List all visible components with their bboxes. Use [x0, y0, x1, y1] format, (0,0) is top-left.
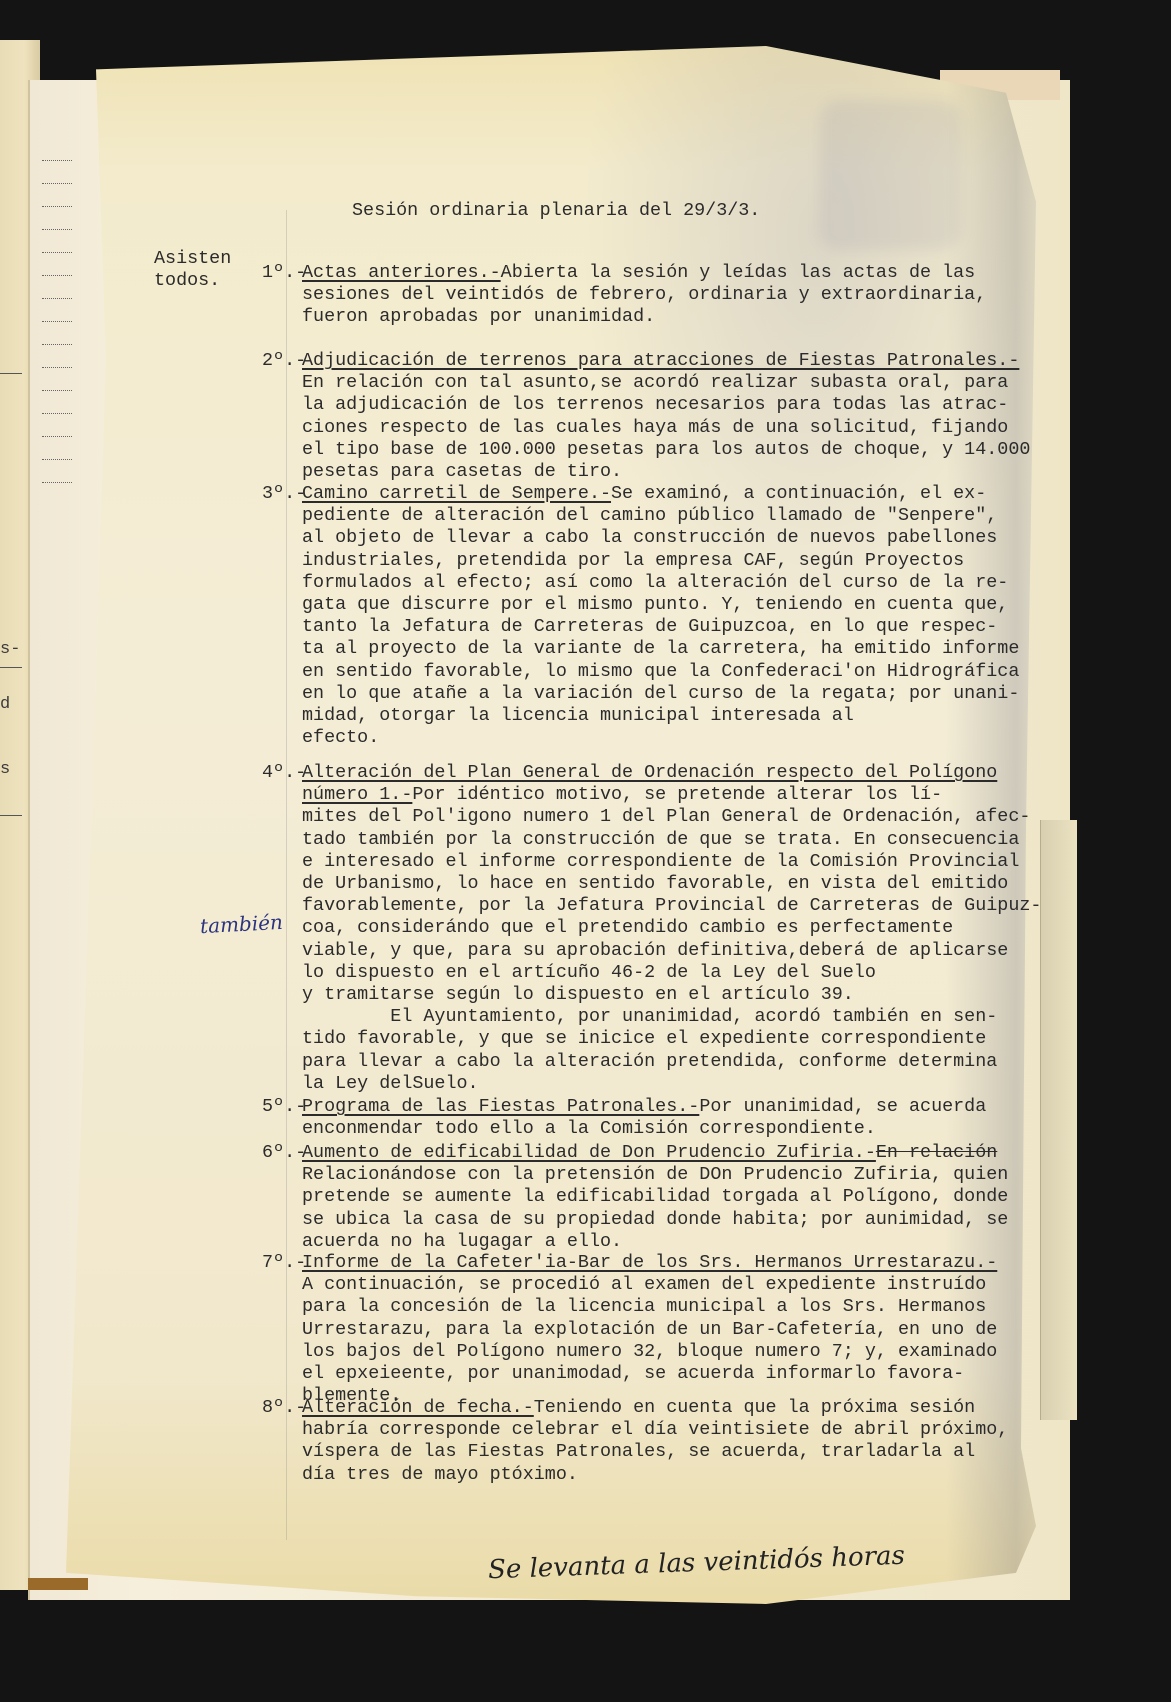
- body-text: Urrestarazu, para la explotación de un B…: [302, 1319, 997, 1340]
- item-line: midad, otorgar la licencia municipal int…: [302, 705, 854, 727]
- item-line: en sentido favorable, lo mismo que la Co…: [302, 661, 1019, 683]
- body-text: acuerda no ha lugagar a ello.: [302, 1231, 622, 1252]
- item-number: 5º.-: [262, 1096, 306, 1118]
- item-heading: número 1.-: [302, 784, 412, 805]
- item-line: Urrestarazu, para la explotación de un B…: [302, 1319, 997, 1341]
- body-text: habría corresponde celebrar el día veint…: [302, 1419, 1008, 1440]
- attendance-line: todos.: [154, 270, 220, 291]
- item-line: tado también por la construcción de que …: [302, 829, 1019, 851]
- body-text: tado también por la construcción de que …: [302, 829, 1019, 850]
- item-line: el tipo base de 100.000 pesetas para los…: [302, 439, 1030, 461]
- item-line: sesiones del veintidós de febrero, ordin…: [302, 284, 986, 306]
- body-text: industriales, pretendida por la empresa …: [302, 550, 964, 571]
- item-line: la Ley delSuelo.: [302, 1073, 479, 1095]
- left-fragment: d: [0, 695, 10, 714]
- item-line: mites del Pol'igono numero 1 del Plan Ge…: [302, 806, 1030, 828]
- item-heading: Adjudicación de terrenos para atraccione…: [302, 350, 1019, 371]
- binder-edge: [28, 1578, 88, 1590]
- attendance-note: Asisten todos.: [154, 248, 231, 292]
- item-line: Relacionándose con la pretensión de DOn …: [302, 1164, 1008, 1186]
- body-text: de Urbanismo, lo hace en sentido favorab…: [302, 873, 1008, 894]
- attendance-line: Asisten: [154, 248, 231, 269]
- body-text: efecto.: [302, 727, 379, 748]
- struck-text: En relación: [876, 1142, 997, 1163]
- body-text: para llevar a cabo la alteración pretend…: [302, 1051, 997, 1072]
- item-line: Alteración de fecha.-Teniendo en cuenta …: [302, 1397, 975, 1419]
- item-line: tanto la Jefatura de Carreteras de Guipu…: [302, 616, 997, 638]
- item-line: industriales, pretendida por la empresa …: [302, 550, 964, 572]
- body-text: viable, y que, para su aprobación defini…: [302, 940, 1008, 961]
- body-text: el tipo base de 100.000 pesetas para los…: [302, 439, 1030, 460]
- body-text: Por idéntico motivo, se pretende alterar…: [412, 784, 942, 805]
- item-line: Programa de las Fiestas Patronales.-Por …: [302, 1096, 986, 1118]
- item-heading: Camino carretil de Sempere.-: [302, 483, 611, 504]
- body-text: en lo que atañe a la variación del curso…: [302, 683, 1019, 704]
- item-line: coa, considerándo que el pretendido camb…: [302, 917, 953, 939]
- body-text: en sentido favorable, lo mismo que la Co…: [302, 661, 1019, 682]
- body-text: enconmendar todo ello a la Comisión corr…: [302, 1118, 876, 1139]
- item-line: viable, y que, para su aprobación defini…: [302, 940, 1008, 962]
- body-text: el epxeieente, por unanimodad, se acuerd…: [302, 1363, 964, 1384]
- item-line: El Ayuntamiento, por unanimidad, acordó …: [302, 1006, 997, 1028]
- session-title: Sesión ordinaria plenaria del 29/3/3.: [352, 200, 760, 222]
- item-line: e interesado el informe correspondiente …: [302, 851, 1019, 873]
- item-line: el epxeieente, por unanimodad, se acuerd…: [302, 1363, 964, 1385]
- item-line: y tramitarse según lo dispuesto en el ar…: [302, 984, 854, 1006]
- body-text: se ubica la casa de su propiedad donde h…: [302, 1209, 1008, 1230]
- item-line: pediente de alteración del camino públic…: [302, 505, 997, 527]
- item-line: tido favorable, y que se inicice el expe…: [302, 1028, 986, 1050]
- item-line: A continuación, se procedió al examen de…: [302, 1274, 986, 1296]
- item-number: 4º.-: [262, 762, 306, 784]
- body-text: En relación con tal asunto,se acordó rea…: [302, 372, 1008, 393]
- item-line: Actas anteriores.-Abierta la sesión y le…: [302, 262, 975, 284]
- item-line: Camino carretil de Sempere.-Se examinó, …: [302, 483, 986, 505]
- body-text: formulados al efecto; así como la altera…: [302, 572, 1008, 593]
- item-number: 6º.-: [262, 1142, 306, 1164]
- left-fragment: s-: [0, 640, 20, 659]
- item-number: 7º.-: [262, 1252, 306, 1274]
- item-line: habría corresponde celebrar el día veint…: [302, 1419, 1008, 1441]
- item-number: 2º.-: [262, 350, 306, 372]
- item-line: Adjudicación de terrenos para atraccione…: [302, 350, 1019, 372]
- body-text: al objeto de llevar a cabo la construcci…: [302, 527, 997, 548]
- body-text: la adjudicación de los terrenos necesari…: [302, 394, 1008, 415]
- item-line: lo dispuesto en el artícuño 46-2 de la L…: [302, 962, 876, 984]
- item-line: efecto.: [302, 727, 379, 749]
- item-line: al objeto de llevar a cabo la construcci…: [302, 527, 997, 549]
- faded-stamp: [820, 100, 960, 250]
- item-heading: Alteración de fecha.-: [302, 1397, 534, 1418]
- body-text: midad, otorgar la licencia municipal int…: [302, 705, 854, 726]
- body-text: coa, considerándo que el pretendido camb…: [302, 917, 953, 938]
- item-heading: Aumento de edificabilidad de Don Prudenc…: [302, 1142, 876, 1163]
- body-text: los bajos del Polígono numero 32, bloque…: [302, 1341, 997, 1362]
- item-line: En relación con tal asunto,se acordó rea…: [302, 372, 1008, 394]
- item-line: los bajos del Polígono numero 32, bloque…: [302, 1341, 997, 1363]
- body-text: El Ayuntamiento, por unanimidad, acordó …: [302, 1006, 997, 1027]
- item-line: Informe de la Cafeter'ia-Bar de los Srs.…: [302, 1252, 997, 1274]
- body-text: Abierta la sesión y leídas las actas de …: [501, 262, 976, 283]
- body-text: favorablemente, por la Jefatura Provinci…: [302, 895, 1041, 916]
- body-text: Teniendo en cuenta que la próxima sesión: [534, 1397, 975, 1418]
- item-line: Aumento de edificabilidad de Don Prudenc…: [302, 1142, 997, 1164]
- body-text: A continuación, se procedió al examen de…: [302, 1274, 986, 1295]
- item-number: 1º.-: [262, 262, 306, 284]
- item-line: para la concesión de la licencia municip…: [302, 1296, 986, 1318]
- body-text: ciones respecto de las cuales haya más d…: [302, 417, 1008, 438]
- body-text: tido favorable, y que se inicice el expe…: [302, 1028, 986, 1049]
- item-line: la adjudicación de los terrenos necesari…: [302, 394, 1008, 416]
- body-text: sesiones del veintidós de febrero, ordin…: [302, 284, 986, 305]
- body-text: Se examinó, a continuación, el ex-: [611, 483, 986, 504]
- item-line: enconmendar todo ello a la Comisión corr…: [302, 1118, 876, 1140]
- item-line: se ubica la casa de su propiedad donde h…: [302, 1209, 1008, 1231]
- item-line: de Urbanismo, lo hace en sentido favorab…: [302, 873, 1008, 895]
- handwritten-margin-note: también: [199, 910, 283, 938]
- item-line: formulados al efecto; así como la altera…: [302, 572, 1008, 594]
- torn-edge: [1040, 820, 1077, 1420]
- body-text: víspera de las Fiestas Patronales, se ac…: [302, 1441, 975, 1462]
- item-line: fueron aprobadas por unanimidad.: [302, 306, 655, 328]
- item-heading: Programa de las Fiestas Patronales.-: [302, 1096, 699, 1117]
- item-line: en lo que atañe a la variación del curso…: [302, 683, 1019, 705]
- body-text: pediente de alteración del camino públic…: [302, 505, 997, 526]
- body-text: Relacionándose con la pretensión de DOn …: [302, 1164, 1008, 1185]
- item-line: favorablemente, por la Jefatura Provinci…: [302, 895, 1041, 917]
- item-number: 8º.-: [262, 1397, 306, 1419]
- item-heading: Actas anteriores.-: [302, 262, 501, 283]
- body-text: gata que discurre por el mismo punto. Y,…: [302, 594, 1008, 615]
- left-fragment: s: [0, 760, 10, 779]
- body-text: mites del Pol'igono numero 1 del Plan Ge…: [302, 806, 1030, 827]
- item-line: acuerda no ha lugagar a ello.: [302, 1231, 622, 1253]
- item-line: pretende se aumente la edificabilidad to…: [302, 1186, 1008, 1208]
- body-text: día tres de mayo ptóximo.: [302, 1464, 578, 1485]
- item-heading: Informe de la Cafeter'ia-Bar de los Srs.…: [302, 1252, 997, 1273]
- item-line: gata que discurre por el mismo punto. Y,…: [302, 594, 1008, 616]
- item-line: víspera de las Fiestas Patronales, se ac…: [302, 1441, 975, 1463]
- body-text: fueron aprobadas por unanimidad.: [302, 306, 655, 327]
- body-text: y tramitarse según lo dispuesto en el ar…: [302, 984, 854, 1005]
- item-line: número 1.-Por idéntico motivo, se preten…: [302, 784, 942, 806]
- body-text: pretende se aumente la edificabilidad to…: [302, 1186, 1008, 1207]
- body-text: pesetas para casetas de tiro.: [302, 461, 622, 482]
- body-text: e interesado el informe correspondiente …: [302, 851, 1019, 872]
- item-line: para llevar a cabo la alteración pretend…: [302, 1051, 997, 1073]
- body-text: la Ley delSuelo.: [302, 1073, 479, 1094]
- item-heading: Alteración del Plan General de Ordenació…: [302, 762, 997, 783]
- body-text: ta al proyecto de la variante de la carr…: [302, 638, 1019, 659]
- body-text: tanto la Jefatura de Carreteras de Guipu…: [302, 616, 997, 637]
- item-line: ciones respecto de las cuales haya más d…: [302, 417, 1008, 439]
- body-text: Por unanimidad, se acuerda: [699, 1096, 986, 1117]
- item-line: día tres de mayo ptóximo.: [302, 1464, 578, 1486]
- body-text: lo dispuesto en el artícuño 46-2 de la L…: [302, 962, 876, 983]
- body-text: para la concesión de la licencia municip…: [302, 1296, 986, 1317]
- item-line: ta al proyecto de la variante de la carr…: [302, 638, 1019, 660]
- item-line: pesetas para casetas de tiro.: [302, 461, 622, 483]
- margin-rule: [286, 210, 287, 1540]
- item-line: Alteración del Plan General de Ordenació…: [302, 762, 997, 784]
- item-number: 3º.-: [262, 483, 306, 505]
